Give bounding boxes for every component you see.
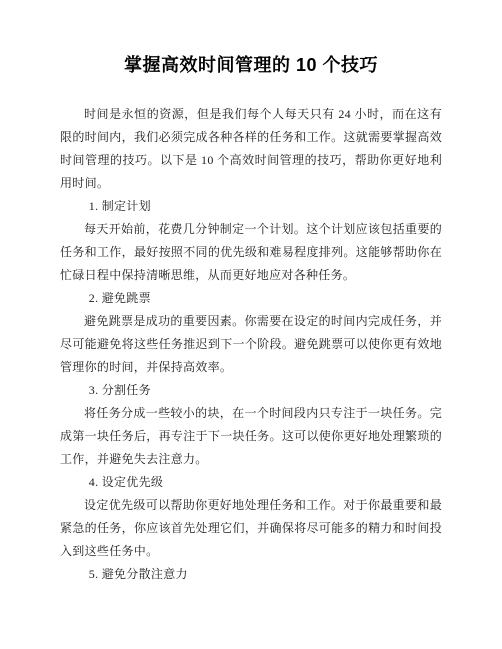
intro-paragraph: 时间是永恒的资源，但是我们每个人每天只有 24 小时，而在这有限的时间内，我们必… — [60, 103, 442, 195]
document-page: 掌握高效时间管理的 10 个技巧 时间是永恒的资源，但是我们每个人每天只有 24… — [0, 0, 502, 649]
section-2-heading: 2. 避免跳票 — [60, 287, 442, 310]
section-1-heading: 1. 制定计划 — [60, 195, 442, 218]
section-5-heading: 5. 避免分散注意力 — [60, 563, 442, 586]
section-1-body: 每天开始前，花费几分钟制定一个计划。这个计划应该包括重要的任务和工作，最好按照不… — [60, 218, 442, 287]
section-3-heading: 3. 分割任务 — [60, 379, 442, 402]
section-4-heading: 4. 设定优先级 — [60, 471, 442, 494]
document-title: 掌握高效时间管理的 10 个技巧 — [60, 50, 442, 80]
section-3-body: 将任务分成一些较小的块，在一个时间段内只专注于一块任务。完成第一块任务后，再专注… — [60, 402, 442, 471]
section-2-body: 避免跳票是成功的重要因素。你需要在设定的时间内完成任务，并尽可能避免将这些任务推… — [60, 310, 442, 379]
section-4-body: 设定优先级可以帮助你更好地处理任务和工作。对于你最重要和最紧急的任务，你应该首先… — [60, 494, 442, 563]
